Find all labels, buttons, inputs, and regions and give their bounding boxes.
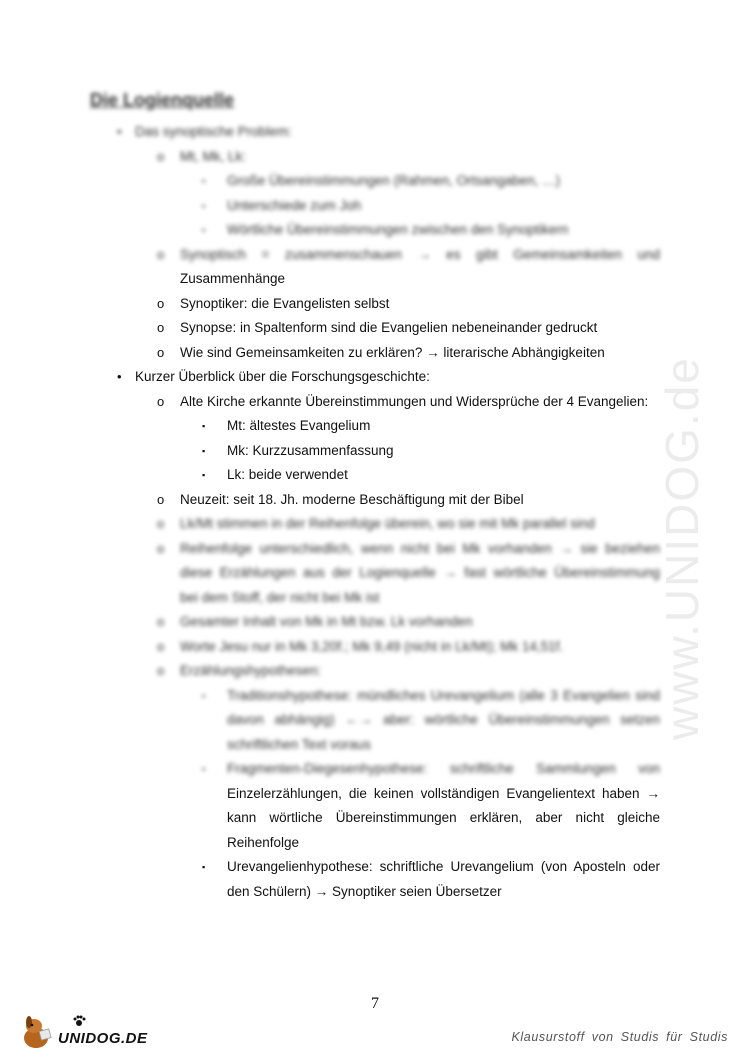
bullet-marker: • [117, 365, 122, 389]
bullet-marker: ▪ [202, 855, 205, 879]
bullet-marker: ▪ [202, 169, 205, 193]
list-item-text: Mk: Kurzzusammenfassung [227, 439, 394, 463]
watermark: www.UNIDOG.de [655, 356, 709, 740]
list-item-text: schriftlichen Text voraus [227, 733, 371, 757]
list-item-text: Synoptisch = zusammenschauen → es gibt G… [180, 243, 660, 267]
list-item-text: Traditionshypothese: mündliches Urevange… [227, 684, 660, 708]
bullet-marker: ▪ [202, 414, 205, 438]
bullet-marker: o [157, 243, 164, 267]
bullet-marker: o [157, 610, 164, 634]
logo-text: UNIDOG.DE [58, 1030, 148, 1047]
list-item-text: kann wörtliche Übereinstimmungen erkläre… [227, 806, 660, 830]
list-item-text: Zusammenhänge [180, 267, 285, 291]
bullet-marker: ▪ [202, 194, 205, 218]
list-item-text: diese Erzählungen aus der Logienquelle →… [180, 561, 660, 585]
list-item-text: Große Übereinstimmungen (Rahmen, Ortsang… [227, 169, 560, 193]
list-item-text: Synoptiker: die Evangelisten selbst [180, 292, 389, 316]
footer-tagline: Klausurstoff von Studis für Studis [511, 1030, 728, 1044]
dog-icon [20, 1012, 60, 1052]
list-item-text: Kurzer Überblick über die Forschungsgesc… [135, 365, 430, 389]
list-item-text: Neuzeit: seit 18. Jh. moderne Beschäftig… [180, 488, 524, 512]
bullet-marker: • [117, 120, 122, 144]
bullet-marker: ▪ [202, 218, 205, 242]
bullet-marker: o [157, 145, 164, 169]
list-item-text: Reihenfolge [227, 831, 299, 855]
bullet-marker: ▪ [202, 684, 205, 708]
unidog-logo[interactable]: UNIDOG.DE [20, 1012, 160, 1052]
list-item-text: Worte Jesu nur in Mk 3,20f.; Mk 9,49 (ni… [180, 635, 563, 659]
list-item-text: Urevangelienhypothese: schriftliche Urev… [227, 855, 660, 879]
page-number: 7 [0, 995, 750, 1013]
list-item-text: Alte Kirche erkannte Übereinstimmungen u… [180, 390, 648, 414]
list-item-text: Lk: beide verwendet [227, 463, 348, 487]
bullet-marker: o [157, 390, 164, 414]
list-item-text: Fragmenten-Diegesenhypothese: schriftlic… [227, 757, 660, 781]
list-item-text: Einzelerzählungen, die keinen vollständi… [227, 782, 660, 806]
document-page: www.UNIDOG.de Die Logienquelle •Das syno… [0, 0, 750, 1060]
list-item-text: Lk/Mt stimmen in der Reihenfolge überein… [180, 512, 595, 536]
bullet-marker: ▪ [202, 757, 205, 781]
page-title: Die Logienquelle [90, 90, 234, 111]
bullet-marker: ▪ [202, 439, 205, 463]
list-item-text: Gesamter Inhalt von Mk in Mt bzw. Lk vor… [180, 610, 473, 634]
list-item-text: Das synoptische Problem: [135, 120, 292, 144]
list-item-text: davon abhängig) ←→ aber: wörtliche Übere… [227, 708, 660, 732]
list-item-text: den Schülern) → Synoptiker seien Überset… [227, 880, 502, 904]
bullet-marker: o [157, 341, 164, 365]
bullet-marker: o [157, 292, 164, 316]
bullet-marker: ▪ [202, 463, 205, 487]
list-item-text: Wörtliche Übereinstimmungen zwischen den… [227, 218, 568, 242]
paw-icon [72, 1014, 86, 1028]
bullet-marker: o [157, 537, 164, 561]
bullet-marker: o [157, 512, 164, 536]
bullet-marker: o [157, 488, 164, 512]
list-item-text: Reihenfolge unterschiedlich, wenn nicht … [180, 537, 660, 561]
bullet-marker: o [157, 659, 164, 683]
list-item-text: Synopse: in Spaltenform sind die Evangel… [180, 316, 597, 340]
bullet-marker: o [157, 316, 164, 340]
bullet-marker: o [157, 635, 164, 659]
list-item-text: Wie sind Gemeinsamkeiten zu erklären? → … [180, 341, 605, 365]
list-item-text: Erzählungshypothesen: [180, 659, 321, 683]
list-item-text: bei dem Stoff, der nicht bei Mk ist [180, 586, 379, 610]
list-item-text: Mt, Mk, Lk: [180, 145, 246, 169]
list-item-text: Mt: ältestes Evangelium [227, 414, 370, 438]
list-item-text: Unterschiede zum Joh [227, 194, 361, 218]
